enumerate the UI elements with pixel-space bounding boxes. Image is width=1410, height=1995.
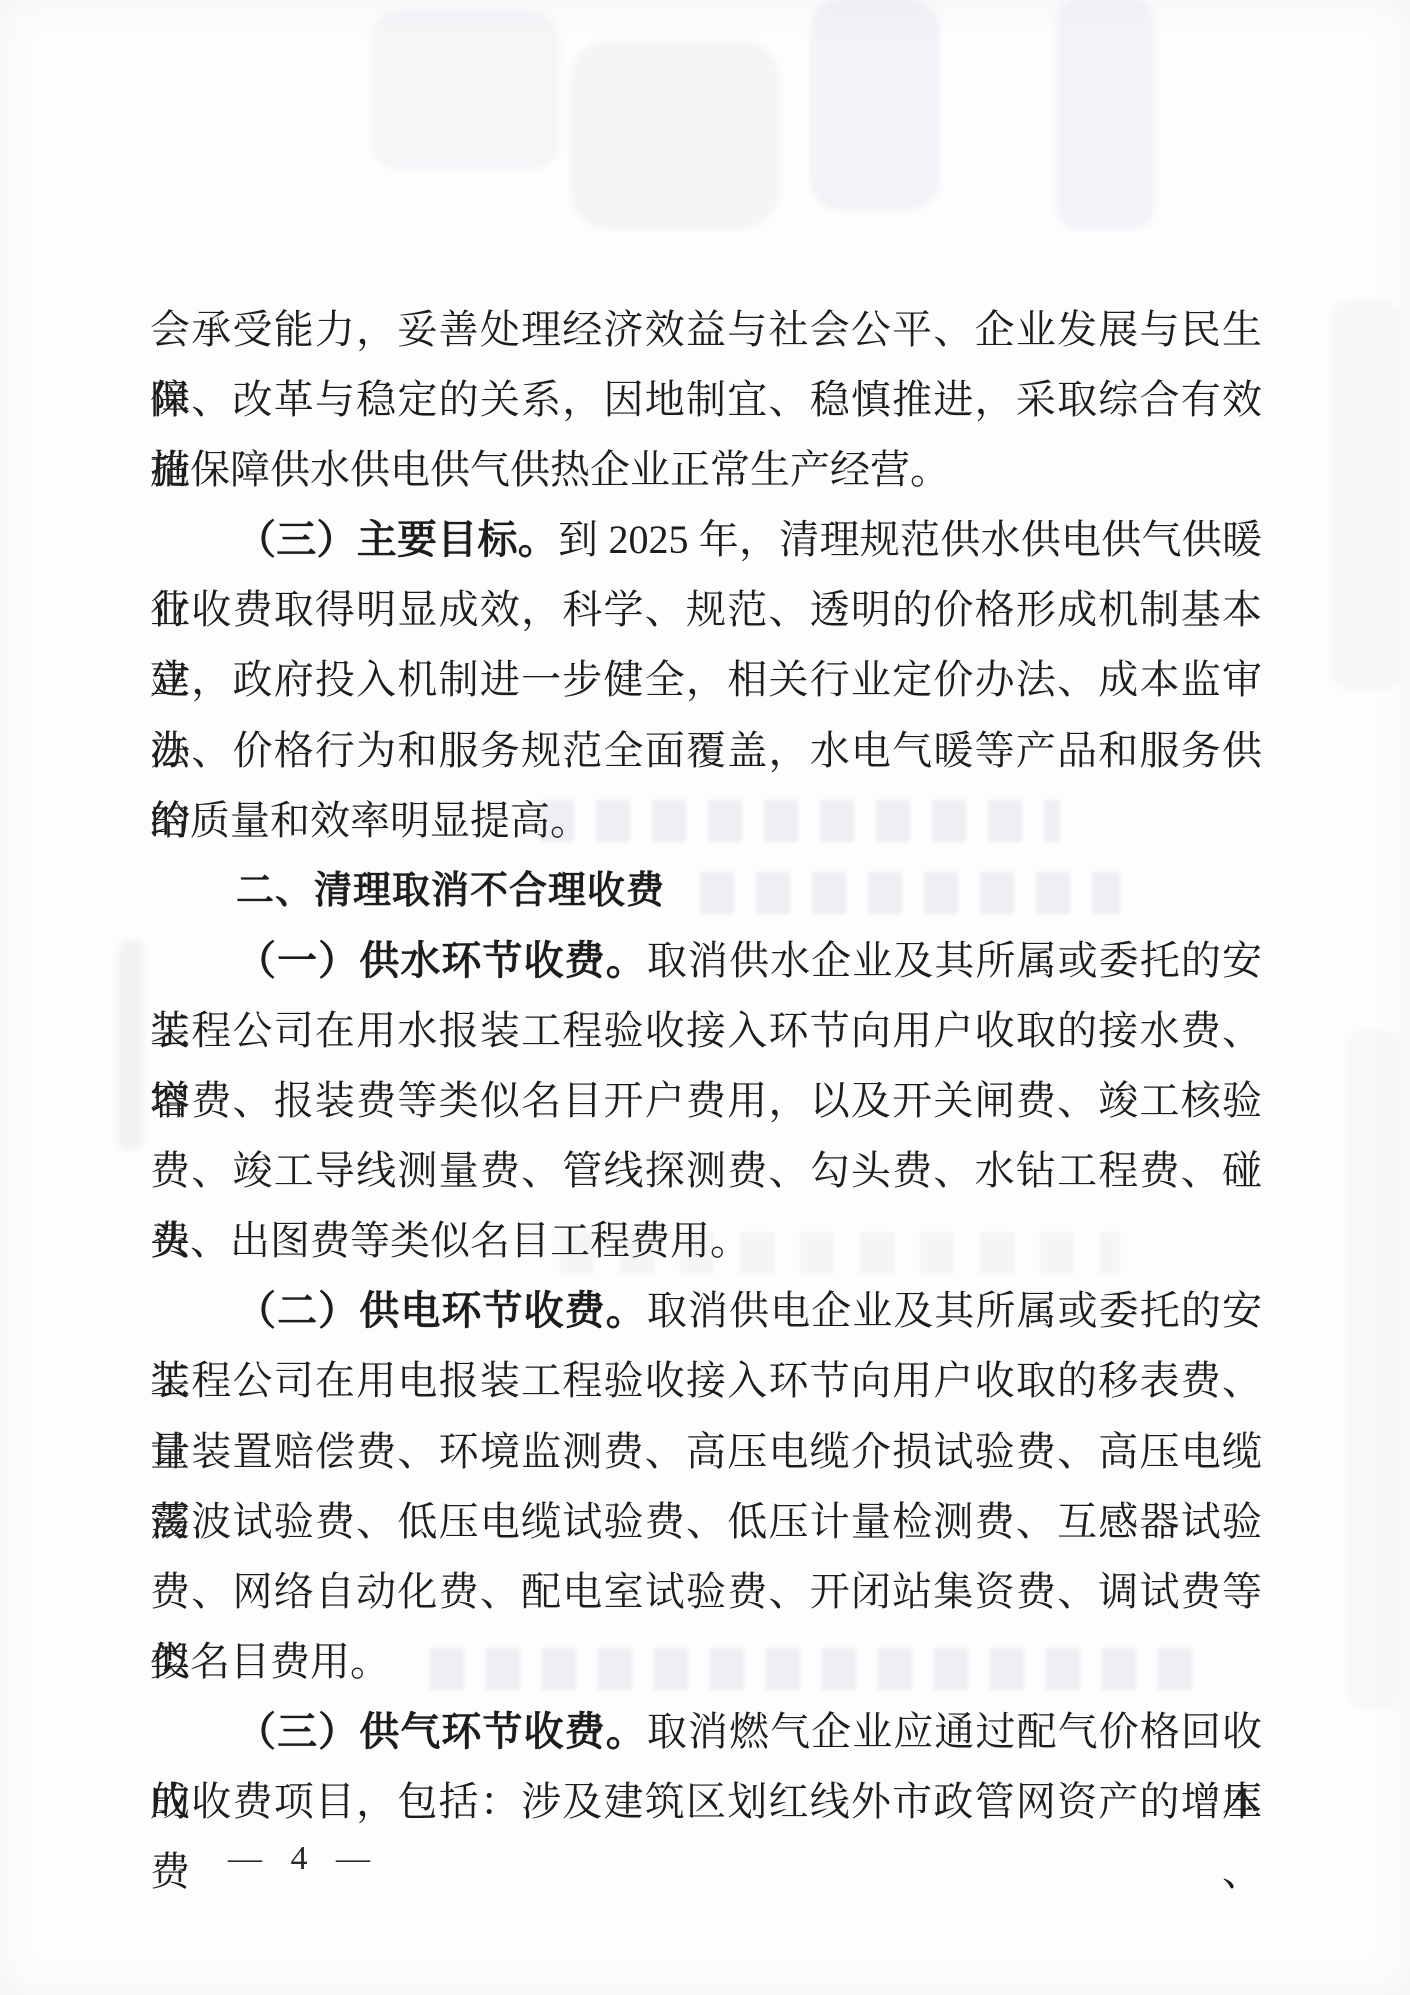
body-line: 容费、报装费等类似名目开户费用，以及开关闸费、竣工核验 [150, 1066, 1262, 1136]
body-line: 工程公司在用电报装工程验收接入环节向用户收取的移表费、计 [150, 1346, 1262, 1416]
bleed-through-artifact [1330, 300, 1400, 690]
body-line: 费、竣工导线测量费、管线探测费、勾头费、水钻工程费、碰头 [150, 1136, 1262, 1206]
paragraph-lead: （二）供电环节收费。 [236, 1288, 647, 1333]
bleed-through-artifact [370, 10, 560, 170]
paragraph-lead: （三）供气环节收费。 [236, 1709, 647, 1754]
body-line: 的质量和效率明显提高。 [150, 786, 1262, 856]
document-page: 会承受能力，妥善处理经济效益与社会公平、企业发展与民生保 障、改革与稳定的关系，… [0, 0, 1410, 1995]
body-line: 业收费取得明显成效，科学、规范、透明的价格形成机制基本建 [150, 575, 1262, 645]
text-block: 会承受能力，妥善处理经济效益与社会公平、企业发展与民生保 障、改革与稳定的关系，… [150, 295, 1262, 1837]
body-line: 立，政府投入机制进一步健全，相关行业定价办法、成本监审办 [150, 645, 1262, 715]
section-heading: 二、清理取消不合理收费 [150, 856, 1262, 926]
body-line: 费、出图费等类似名目工程费用。 [150, 1206, 1262, 1276]
body-line: （二）供电环节收费。取消供电企业及其所属或委托的安装 [150, 1276, 1262, 1346]
body-line: 费、网络自动化费、配电室试验费、开闭站集资费、调试费等类 [150, 1557, 1262, 1627]
body-line: 会承受能力，妥善处理经济效益与社会公平、企业发展与民生保 [150, 295, 1262, 365]
bleed-through-artifact [810, 0, 940, 210]
page-number: — 4 — [228, 1835, 380, 1883]
body-line: （三）供气环节收费。取消燃气企业应通过配气价格回收成本 [150, 1697, 1262, 1767]
body-line: （三）主要目标。到 2025 年，清理规范供水供电供气供暖行 [150, 505, 1262, 575]
body-line: 荡波试验费、低压电缆试验费、低压计量检测费、互感器试验 [150, 1487, 1262, 1557]
body-line: 障、改革与稳定的关系，因地制宜、稳慎推进，采取综合有效措 [150, 365, 1262, 435]
bleed-through-artifact [1055, 0, 1155, 230]
bleed-through-artifact [570, 40, 780, 230]
bleed-through-artifact [1345, 1030, 1400, 1710]
body-line: （一）供水环节收费。取消供水企业及其所属或委托的安装 [150, 926, 1262, 996]
body-line: 施保障供水供电供气供热企业正常生产经营。 [150, 435, 1262, 505]
body-line: 量装置赔偿费、环境监测费、高压电缆介损试验费、高压电缆震 [150, 1417, 1262, 1487]
paragraph-lead: （一）供水环节收费。 [236, 938, 647, 983]
body-line: 似名目费用。 [150, 1627, 1262, 1697]
paragraph-lead: （三）主要目标。 [236, 517, 558, 562]
body-line: 工程公司在用水报装工程验收接入环节向用户收取的接水费、增 [150, 996, 1262, 1066]
body-line: 法、价格行为和服务规范全面覆盖，水电气暖等产品和服务供给 [150, 716, 1262, 786]
body-line: 的收费项目，包括：涉及建筑区划红线外市政管网资产的增压费、 [150, 1767, 1262, 1837]
bleed-through-artifact [118, 940, 144, 1150]
